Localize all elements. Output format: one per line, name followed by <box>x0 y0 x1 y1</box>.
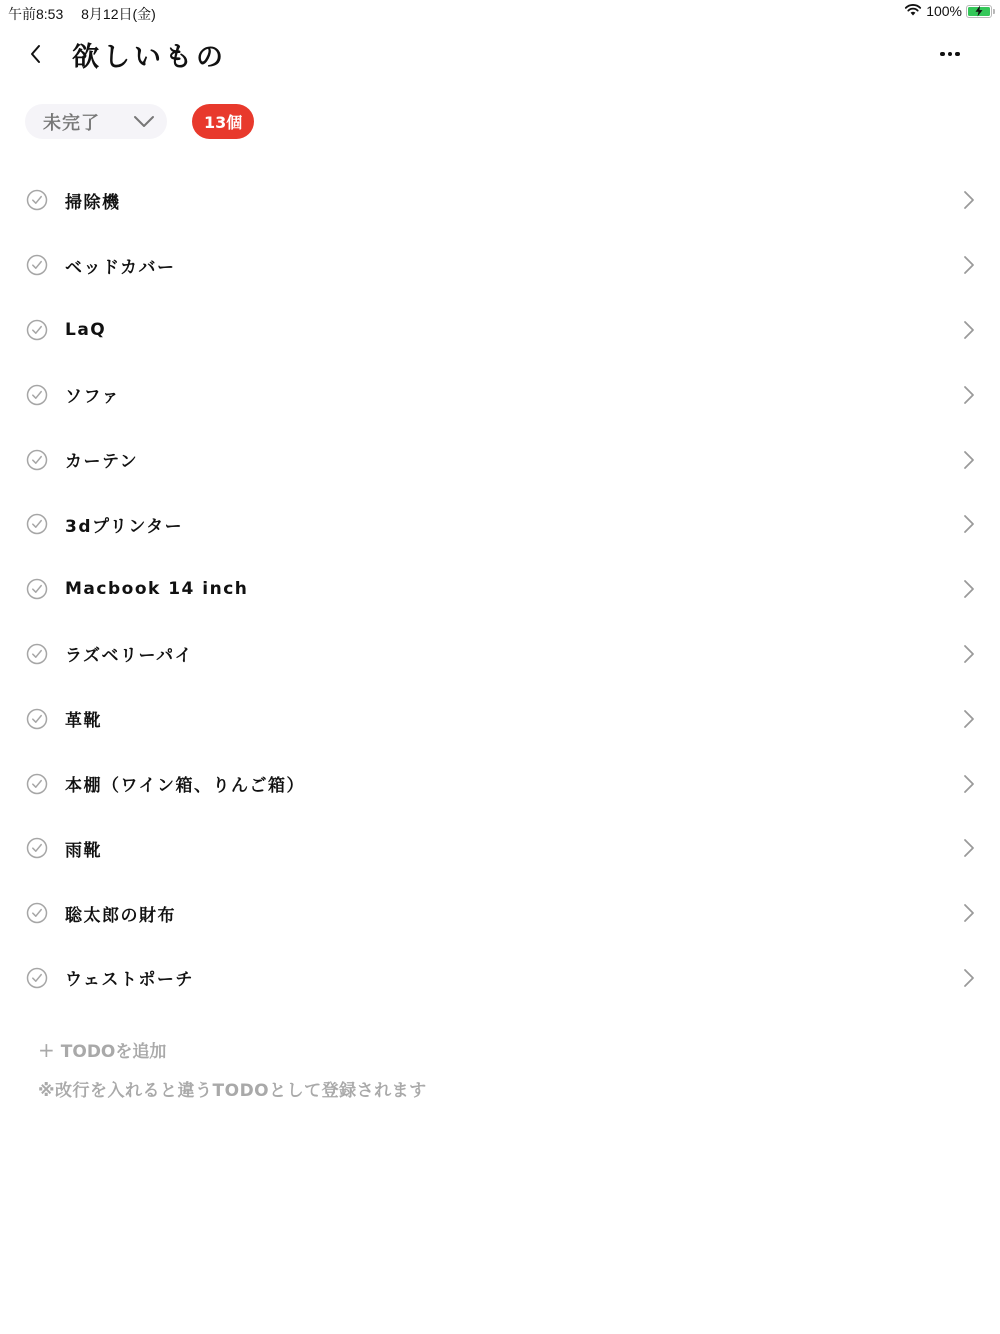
chevron-right-icon <box>962 838 976 858</box>
check-circle-icon[interactable] <box>26 449 48 471</box>
todo-label: ベッドカバー <box>65 253 176 278</box>
filter-selected-value: 未完了 <box>43 109 100 135</box>
chevron-right-icon <box>962 190 976 210</box>
filter-row: 未完了 13個 <box>25 104 254 139</box>
wifi-icon <box>904 3 922 19</box>
status-bar: 午前8:53 8月12日(金) 100% <box>0 0 1000 24</box>
chevron-right-icon <box>962 644 976 664</box>
check-circle-icon[interactable] <box>26 384 48 406</box>
check-circle-icon[interactable] <box>26 967 48 989</box>
check-circle-icon[interactable] <box>26 513 48 535</box>
status-left: 午前8:53 8月12日(金) <box>8 4 156 24</box>
battery-percent: 100% <box>926 3 962 19</box>
todo-label: カーテン <box>65 447 138 472</box>
more-options-button[interactable] <box>936 42 964 66</box>
check-circle-icon[interactable] <box>26 902 48 924</box>
todo-list: 掃除機 ベッドカバー LaQ ソファ カーテン <box>0 168 1000 1010</box>
check-circle-icon[interactable] <box>26 578 48 600</box>
todo-label: ソファ <box>65 382 120 407</box>
check-circle-icon[interactable] <box>26 189 48 211</box>
todo-label: 聡太郎の財布 <box>65 901 176 926</box>
check-circle-icon[interactable] <box>26 708 48 730</box>
todo-item[interactable]: 本棚（ワイン箱、りんご箱） <box>0 751 1000 816</box>
plus-icon: + <box>38 1038 55 1062</box>
chevron-right-icon <box>962 903 976 923</box>
todo-item[interactable]: Macbook 14 inch <box>0 557 1000 622</box>
count-badge: 13個 <box>192 104 254 139</box>
todo-item[interactable]: 雨靴 <box>0 816 1000 881</box>
todo-item[interactable]: 掃除機 <box>0 168 1000 233</box>
status-time: 午前8:53 <box>8 6 63 22</box>
chevron-right-icon <box>962 450 976 470</box>
chevron-right-icon <box>962 968 976 988</box>
todo-item[interactable]: ベッドカバー <box>0 233 1000 298</box>
todo-label: Macbook 14 inch <box>65 579 248 599</box>
chevron-down-icon <box>133 113 155 129</box>
todo-label: 掃除機 <box>65 188 121 213</box>
status-right: 100% <box>904 3 992 19</box>
chevron-right-icon <box>962 385 976 405</box>
todo-label: 3dプリンター <box>65 512 183 537</box>
ellipsis-icon <box>940 52 945 57</box>
status-date: 8月12日(金) <box>81 6 156 22</box>
chevron-right-icon <box>962 320 976 340</box>
check-circle-icon[interactable] <box>26 837 48 859</box>
add-todo-label: TODOを追加 <box>61 1037 167 1062</box>
todo-label: 雨靴 <box>65 836 102 861</box>
check-circle-icon[interactable] <box>26 773 48 795</box>
chevron-right-icon <box>962 709 976 729</box>
todo-label: ウェストポーチ <box>65 965 194 990</box>
todo-item[interactable]: カーテン <box>0 427 1000 492</box>
chevron-right-icon <box>962 579 976 599</box>
hint-text: ※改行を入れると違うTODOとして登録されます <box>38 1076 427 1101</box>
todo-item[interactable]: 革靴 <box>0 686 1000 751</box>
todo-item[interactable]: ソファ <box>0 362 1000 427</box>
todo-label: ラズベリーパイ <box>65 641 193 666</box>
chevron-left-icon <box>29 44 43 64</box>
todo-item[interactable]: LaQ <box>0 298 1000 363</box>
battery-charging-icon <box>966 5 992 18</box>
chevron-right-icon <box>962 514 976 534</box>
add-todo-button[interactable]: + TODOを追加 <box>38 1037 166 1062</box>
check-circle-icon[interactable] <box>26 319 48 341</box>
check-circle-icon[interactable] <box>26 254 48 276</box>
todo-label: LaQ <box>65 320 106 340</box>
check-circle-icon[interactable] <box>26 643 48 665</box>
chevron-right-icon <box>962 255 976 275</box>
back-button[interactable] <box>22 40 50 68</box>
todo-label: 本棚（ワイン箱、りんご箱） <box>65 771 305 796</box>
todo-item[interactable]: 聡太郎の財布 <box>0 881 1000 946</box>
todo-label: 革靴 <box>65 706 102 731</box>
page-title: 欲しいもの <box>72 35 227 74</box>
chevron-right-icon <box>962 774 976 794</box>
todo-item[interactable]: 3dプリンター <box>0 492 1000 557</box>
todo-item[interactable]: ウェストポーチ <box>0 946 1000 1011</box>
status-filter-dropdown[interactable]: 未完了 <box>25 104 167 139</box>
todo-item[interactable]: ラズベリーパイ <box>0 622 1000 687</box>
header: 欲しいもの <box>0 30 1000 80</box>
